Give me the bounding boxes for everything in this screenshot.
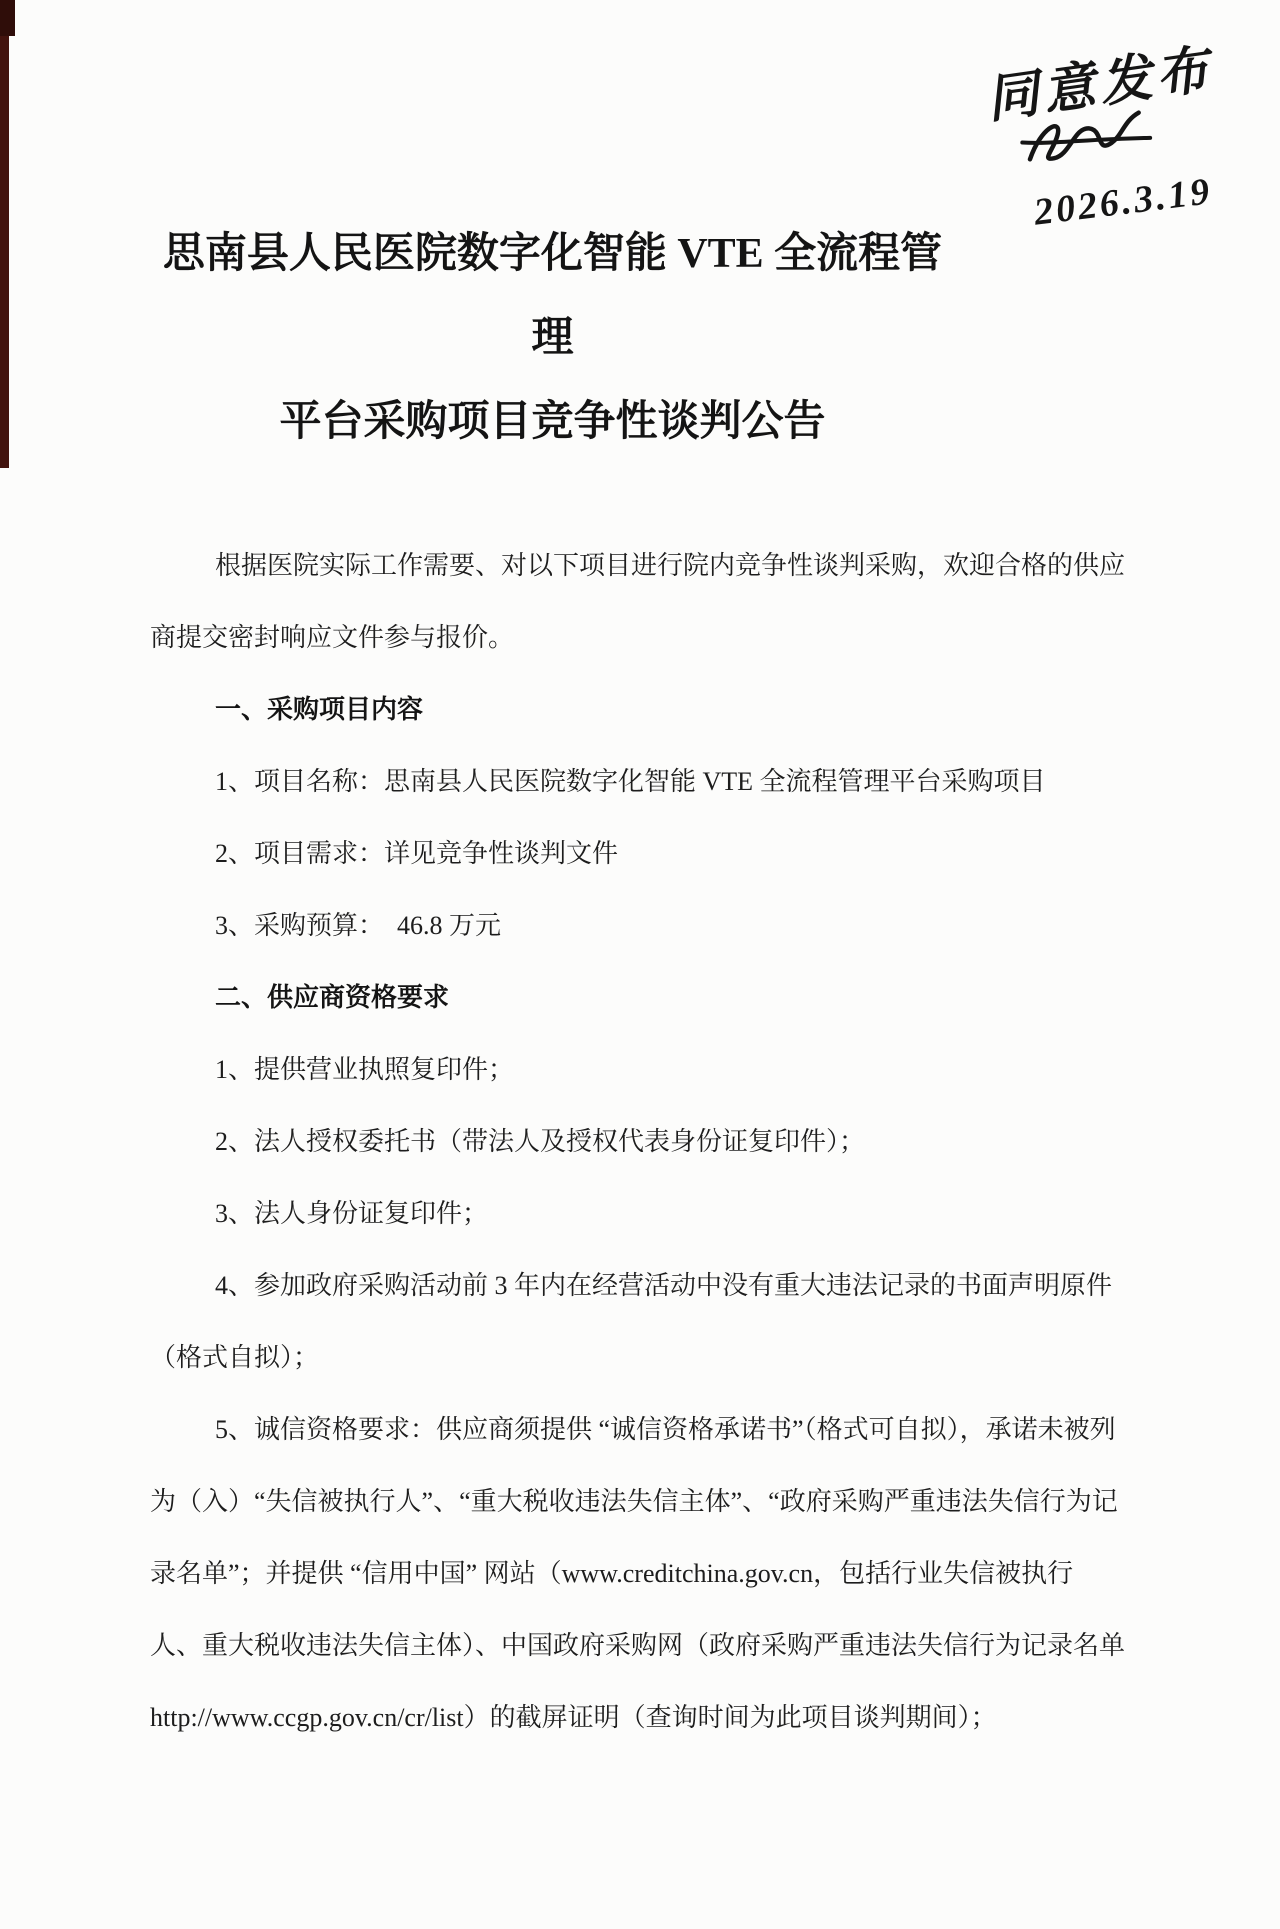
intro-paragraph: 根据医院实际工作需要、对以下项目进行院内竞争性谈判采购，欢迎合格的供应商提交密封… bbox=[150, 530, 1125, 674]
title-line-2: 平台采购项目竞争性谈判公告 bbox=[150, 380, 955, 464]
scanned-document-page: 同意发布 2026.3.19 思南县人民医院数字化智能 VTE 全流程管理 平台… bbox=[0, 0, 1280, 1929]
section-2-heading: 二、供应商资格要求 bbox=[150, 962, 1125, 1034]
section-1-item-project-requirements: 2、项目需求：详见竞争性谈判文件 bbox=[150, 818, 1125, 890]
section-2-item-business-license: 1、提供营业执照复印件； bbox=[150, 1034, 1125, 1106]
scan-edge-notch bbox=[0, 0, 15, 36]
section-2-item-credit-qualification: 5、诚信资格要求：供应商须提供 “诚信资格承诺书”（格式可自拟），承诺未被列为（… bbox=[150, 1394, 1125, 1754]
document-title: 思南县人民医院数字化智能 VTE 全流程管理 平台采购项目竞争性谈判公告 bbox=[150, 0, 1125, 464]
section-1-item-project-name: 1、项目名称：思南县人民医院数字化智能 VTE 全流程管理平台采购项目 bbox=[150, 746, 1125, 818]
title-line-1: 思南县人民医院数字化智能 VTE 全流程管理 bbox=[150, 212, 955, 380]
section-2-item-no-violation-statement: 4、参加政府采购活动前 3 年内在经营活动中没有重大违法记录的书面声明原件（格式… bbox=[150, 1250, 1125, 1394]
scan-edge-strip bbox=[0, 0, 9, 468]
section-1-heading: 一、采购项目内容 bbox=[150, 674, 1125, 746]
section-1-item-budget: 3、采购预算： 46.8 万元 bbox=[150, 890, 1125, 962]
section-2-item-legal-person-id: 3、法人身份证复印件； bbox=[150, 1178, 1125, 1250]
document-content: 思南县人民医院数字化智能 VTE 全流程管理 平台采购项目竞争性谈判公告 根据医… bbox=[150, 0, 1125, 1754]
section-2-item-authorization-letter: 2、法人授权委托书（带法人及授权代表身份证复印件）； bbox=[150, 1106, 1125, 1178]
